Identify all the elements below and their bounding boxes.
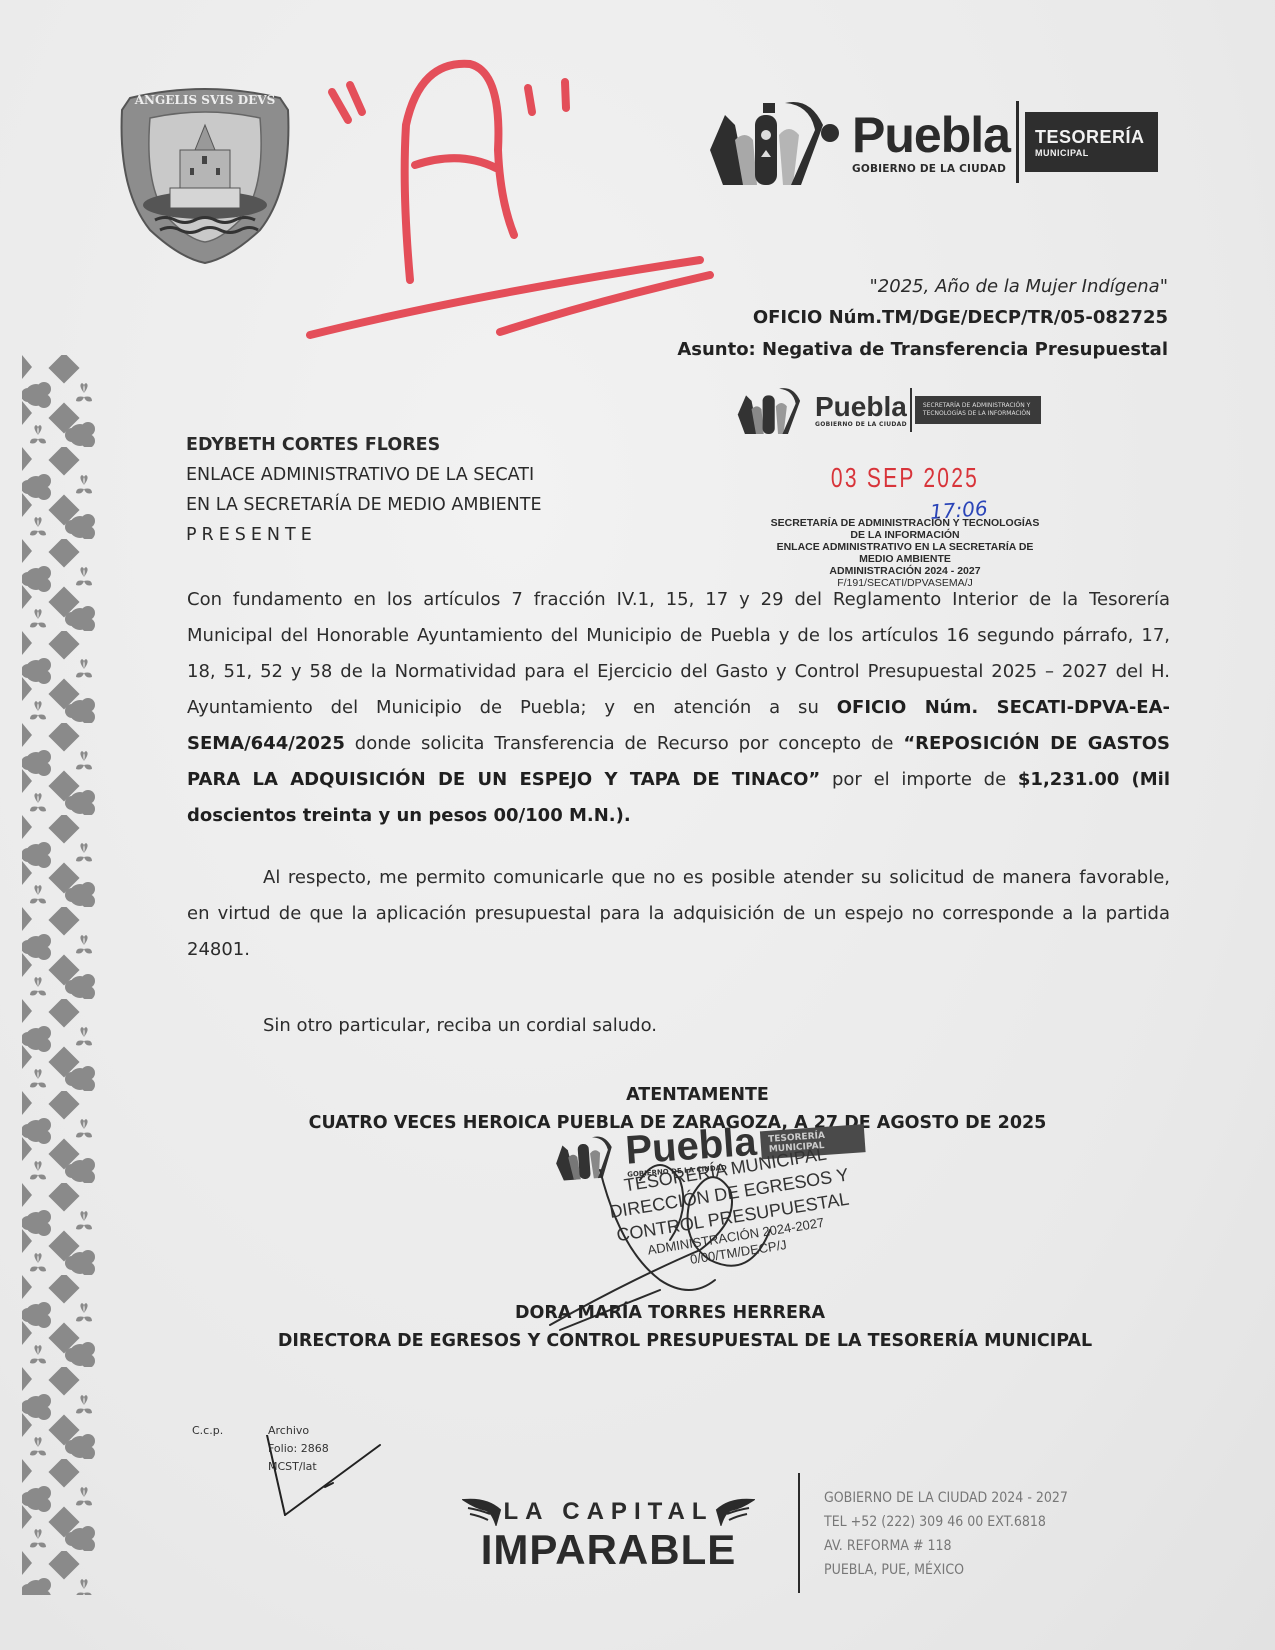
- svg-text:ANGELIS SVIS DEVS: ANGELIS SVIS DEVS: [134, 93, 276, 107]
- ccp-label: C.c.p.: [192, 1424, 223, 1437]
- signer-title: DIRECTORA DE EGRESOS Y CONTROL PRESUPUES…: [0, 1331, 1275, 1351]
- logo-divider: [1016, 101, 1019, 183]
- addressee-position: ENLACE ADMINISTRATIVO DE LA SECATI: [186, 460, 542, 490]
- slogan-bottom: IMPARABLE: [446, 1529, 771, 1571]
- puebla-treasury-logo: Puebla GOBIERNO DE LA CIUDAD TESORERÍA M…: [705, 92, 1175, 192]
- body-paragraph-1: Con fundamento en los artículos 7 fracci…: [187, 582, 1170, 834]
- signer-name: DORA MARÍA TORRES HERRERA: [0, 1303, 1275, 1323]
- addressee-present: PRESENTE: [186, 520, 542, 550]
- subject-line: Asunto: Negativa de Transferencia Presup…: [677, 334, 1168, 366]
- year-motto: "2025, Año de la Mujer Indígena": [677, 272, 1168, 302]
- handwritten-a-mark: [270, 50, 730, 350]
- received-date: 03 SEP 2025: [778, 462, 1033, 494]
- addressee-block: EDYBETH CORTES FLORES ENLACE ADMINISTRAT…: [186, 430, 542, 550]
- received-stamp-logo: Puebla GOBIERNO DE LA CIUDAD SECRETARÍA …: [735, 380, 1095, 440]
- handwritten-initials: [265, 1435, 385, 1520]
- decorative-border-pattern: [22, 355, 100, 1595]
- footer-divider: [798, 1473, 800, 1593]
- closing-atentamente: ATENTAMENTE: [0, 1085, 1275, 1105]
- oficio-number: OFICIO Núm.TM/DGE/DECP/TR/05-082725: [677, 302, 1168, 334]
- slogan-top: LA CAPITAL: [504, 1498, 714, 1526]
- addressee-name: EDYBETH CORTES FLORES: [186, 430, 542, 460]
- logo-wordmark: Puebla: [852, 110, 1010, 160]
- addressee-department: EN LA SECRETARÍA DE MEDIO AMBIENTE: [186, 490, 542, 520]
- left-wing-icon: [462, 1498, 502, 1526]
- logo-subtitle: GOBIERNO DE LA CIUDAD: [852, 163, 1010, 175]
- secati-badge: SECRETARÍA DE ADMINISTRACIÓN Y TECNOLOGÍ…: [915, 396, 1041, 424]
- received-stamp-text: SECRETARÍA DE ADMINISTRACIÓN Y TECNOLOGÍ…: [735, 517, 1075, 589]
- body-paragraph-2: Al respecto, me permito comunicarle que …: [187, 860, 1170, 968]
- puebla-city-emblem-icon: [735, 383, 815, 438]
- footer-contact-info: GOBIERNO DE LA CIUDAD 2024 - 2027 TEL +5…: [824, 1486, 1068, 1582]
- treasury-badge: TESORERÍA MUNICIPAL: [1025, 112, 1159, 172]
- puebla-city-emblem-icon: [705, 95, 850, 190]
- body-paragraph-3: Sin otro particular, reciba un cordial s…: [187, 1008, 1170, 1044]
- right-wing-icon: [715, 1498, 755, 1526]
- capital-imparable-logo: LA CAPITAL IMPARABLE: [446, 1497, 771, 1577]
- received-stamp: Puebla GOBIERNO DE LA CIUDAD SECRETARÍA …: [735, 380, 1095, 580]
- document-page: ANGELIS SVIS DEVS Pueb: [0, 0, 1275, 1650]
- document-reference-block: "2025, Año de la Mujer Indígena" OFICIO …: [677, 272, 1168, 366]
